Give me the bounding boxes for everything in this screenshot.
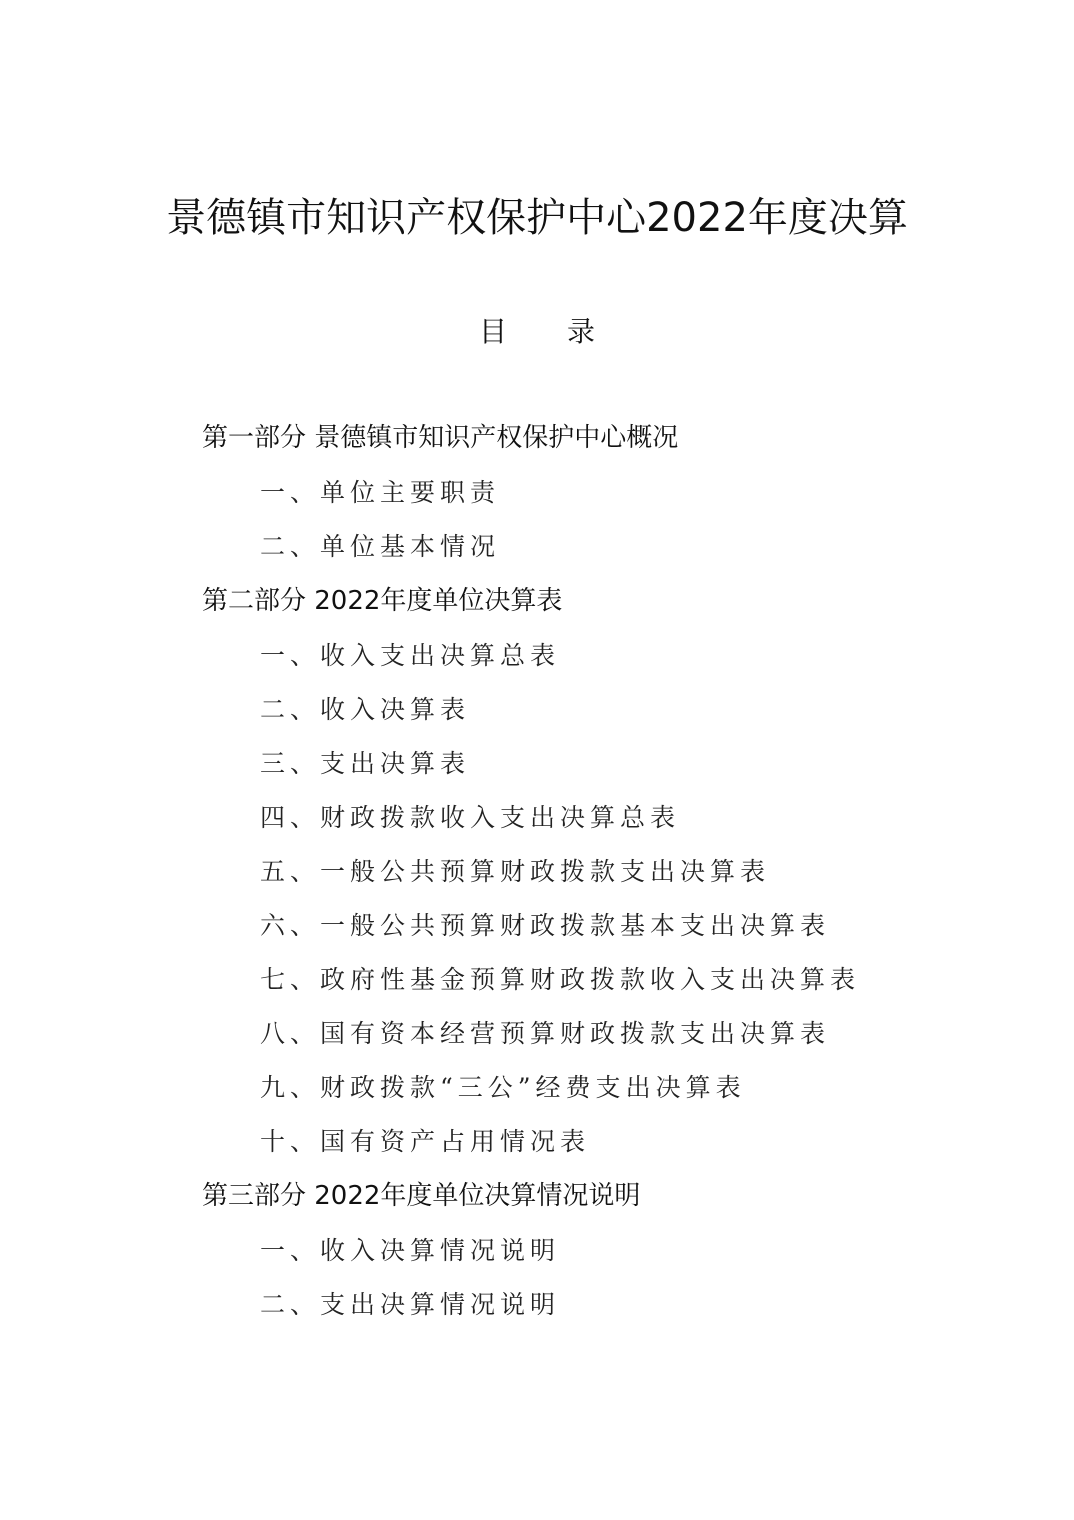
toc-heading: 目录 — [0, 310, 1074, 354]
toc-heading-char-2: 录 — [567, 310, 595, 354]
toc-part-3: 第三部分 2022年度单位决算情况说明 — [202, 1176, 640, 1216]
toc-item-three-public-expenses: 九、财政拨款“三公”经费支出决算表 — [260, 1068, 746, 1108]
toc-item-state-capital-budget: 八、国有资本经营预算财政拨款支出决算表 — [260, 1014, 830, 1054]
toc-part-2: 第二部分 2022年度单位决算表 — [202, 581, 562, 621]
document-title: 景德镇市知识产权保护中心2022年度决算 — [0, 188, 1074, 248]
toc-item-state-assets: 十、国有资产占用情况表 — [260, 1122, 590, 1162]
toc-part-1: 第一部分 景德镇市知识产权保护中心概况 — [202, 418, 678, 458]
toc-item-income-expense-summary: 一、收入支出决算总表 — [260, 636, 560, 676]
toc-item-expense-explanation: 二、支出决算情况说明 — [260, 1285, 560, 1325]
toc-item-fiscal-summary: 四、财政拨款收入支出决算总表 — [260, 798, 680, 838]
toc-heading-char-1: 目 — [479, 310, 507, 354]
toc-item-gov-fund-budget: 七、政府性基金预算财政拨款收入支出决算表 — [260, 960, 860, 1000]
toc-item-income-explanation: 一、收入决算情况说明 — [260, 1231, 560, 1271]
toc-item-unit-duties: 一、单位主要职责 — [260, 473, 500, 513]
toc-item-general-budget-basic-expense: 六、一般公共预算财政拨款基本支出决算表 — [260, 906, 830, 946]
toc-item-general-budget-expense: 五、一般公共预算财政拨款支出决算表 — [260, 852, 770, 892]
toc-item-income-table: 二、收入决算表 — [260, 690, 470, 730]
toc-item-expense-table: 三、支出决算表 — [260, 744, 470, 784]
toc-item-unit-basics: 二、单位基本情况 — [260, 527, 500, 567]
